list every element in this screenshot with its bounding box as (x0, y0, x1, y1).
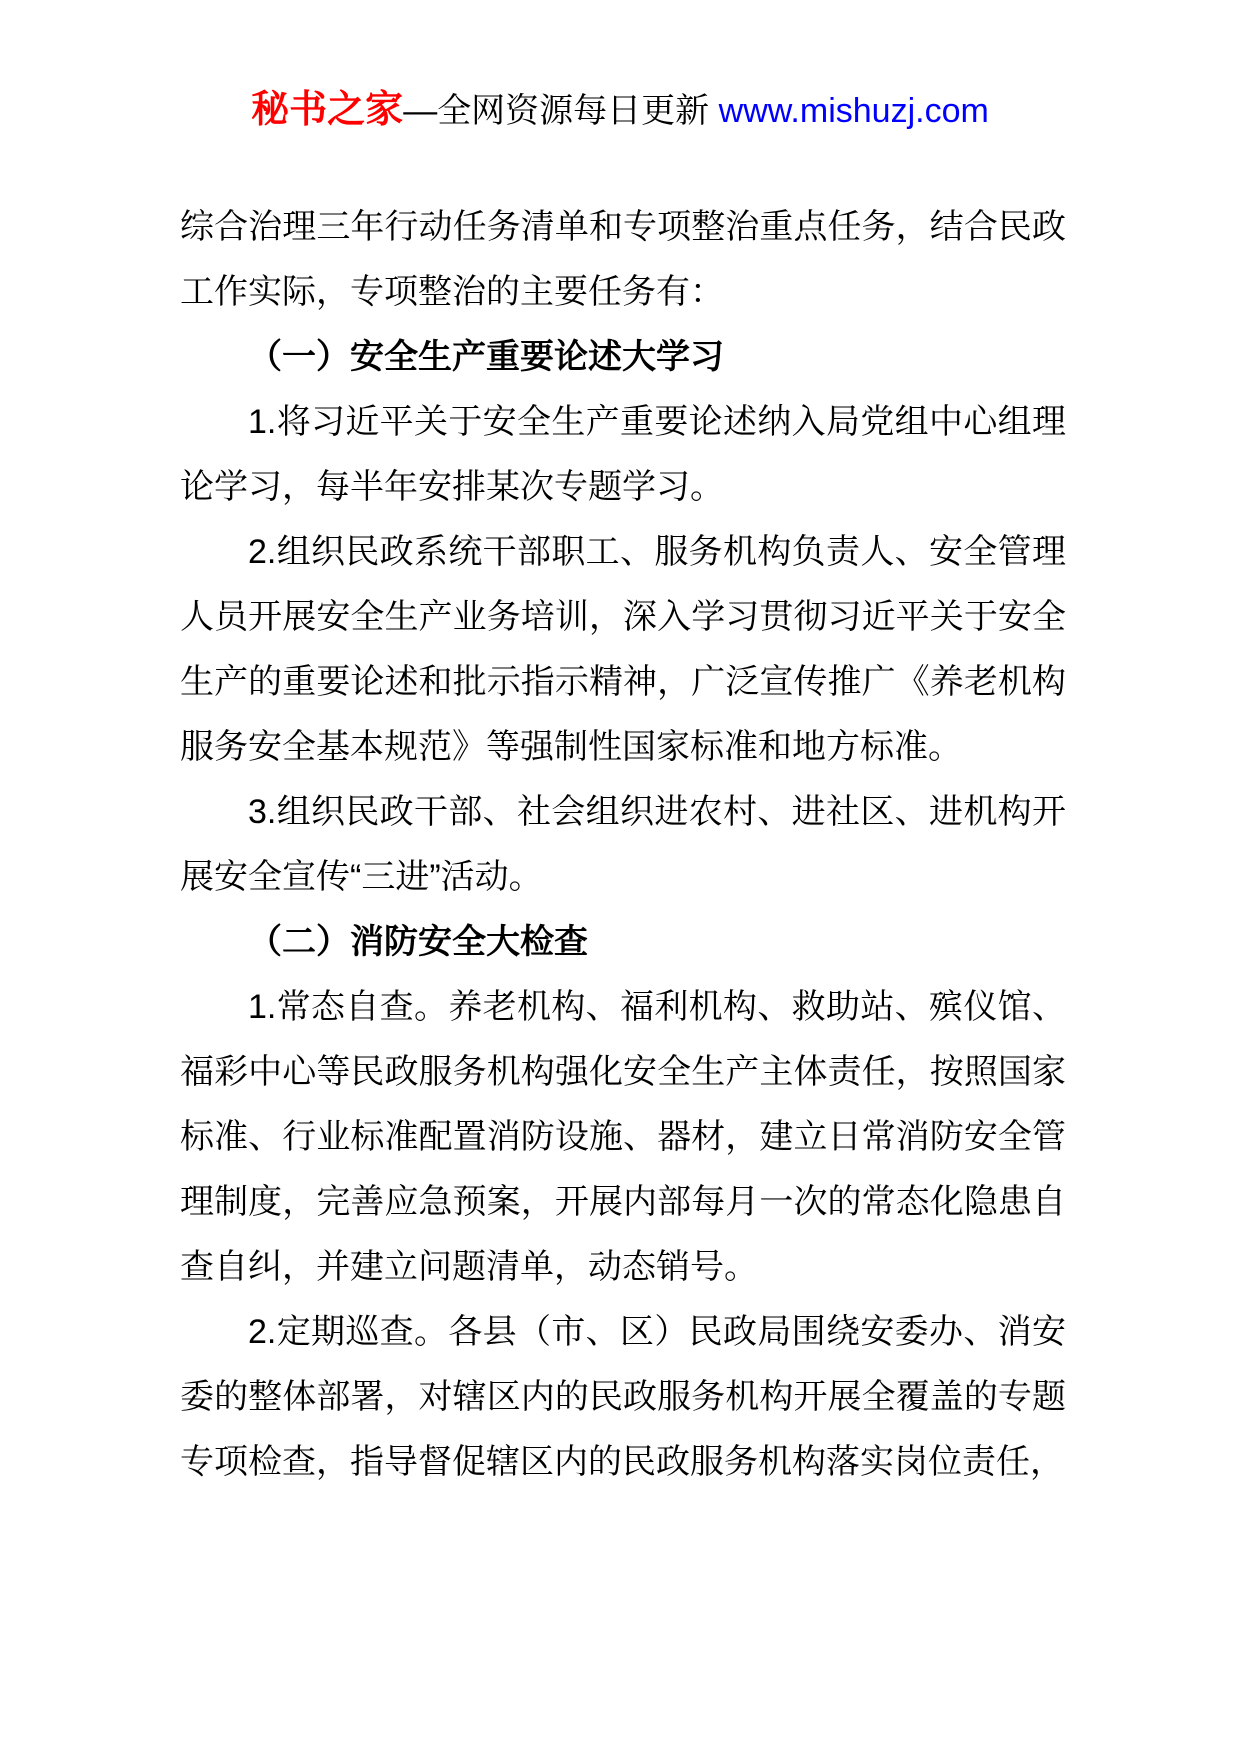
paragraph: 1.将习近平关于安全生产重要论述纳入局党组中心组理论学习，每半年安排某次专题学习… (180, 390, 1066, 520)
paragraph: 2.组织民政系统干部职工、服务机构负责人、安全管理人员开展安全生产业务培训，深入… (180, 520, 1066, 780)
brand-text: 秘书之家 (251, 89, 403, 131)
tagline-text: 全网资源每日更新 (437, 92, 718, 130)
document-body: 综合治理三年行动任务清单和专项整治重点任务，结合民政工作实际，专项整治的主要任务… (180, 195, 1066, 1495)
header-dash: — (403, 92, 437, 130)
document-header: 秘书之家—全网资源每日更新 www.mishuzj.com (0, 84, 1240, 137)
paragraph: 3.组织民政干部、社会组织进农村、进社区、进机构开展安全宣传“三进”活动。 (180, 780, 1066, 910)
paragraph: 2.定期巡查。各县（市、区）民政局围绕安委办、消安委的整体部署，对辖区内的民政服… (180, 1300, 1066, 1495)
paragraph: 综合治理三年行动任务清单和专项整治重点任务，结合民政工作实际，专项整治的主要任务… (180, 195, 1066, 325)
section-heading: （二）消防安全大检查 (180, 910, 1066, 975)
section-heading: （一）安全生产重要论述大学习 (180, 325, 1066, 390)
document-page: 秘书之家—全网资源每日更新 www.mishuzj.com 综合治理三年行动任务… (0, 0, 1240, 1754)
paragraph: 1.常态自查。养老机构、福利机构、救助站、殡仪馆、福彩中心等民政服务机构强化安全… (180, 975, 1066, 1300)
site-url-link[interactable]: www.mishuzj.com (719, 92, 989, 130)
